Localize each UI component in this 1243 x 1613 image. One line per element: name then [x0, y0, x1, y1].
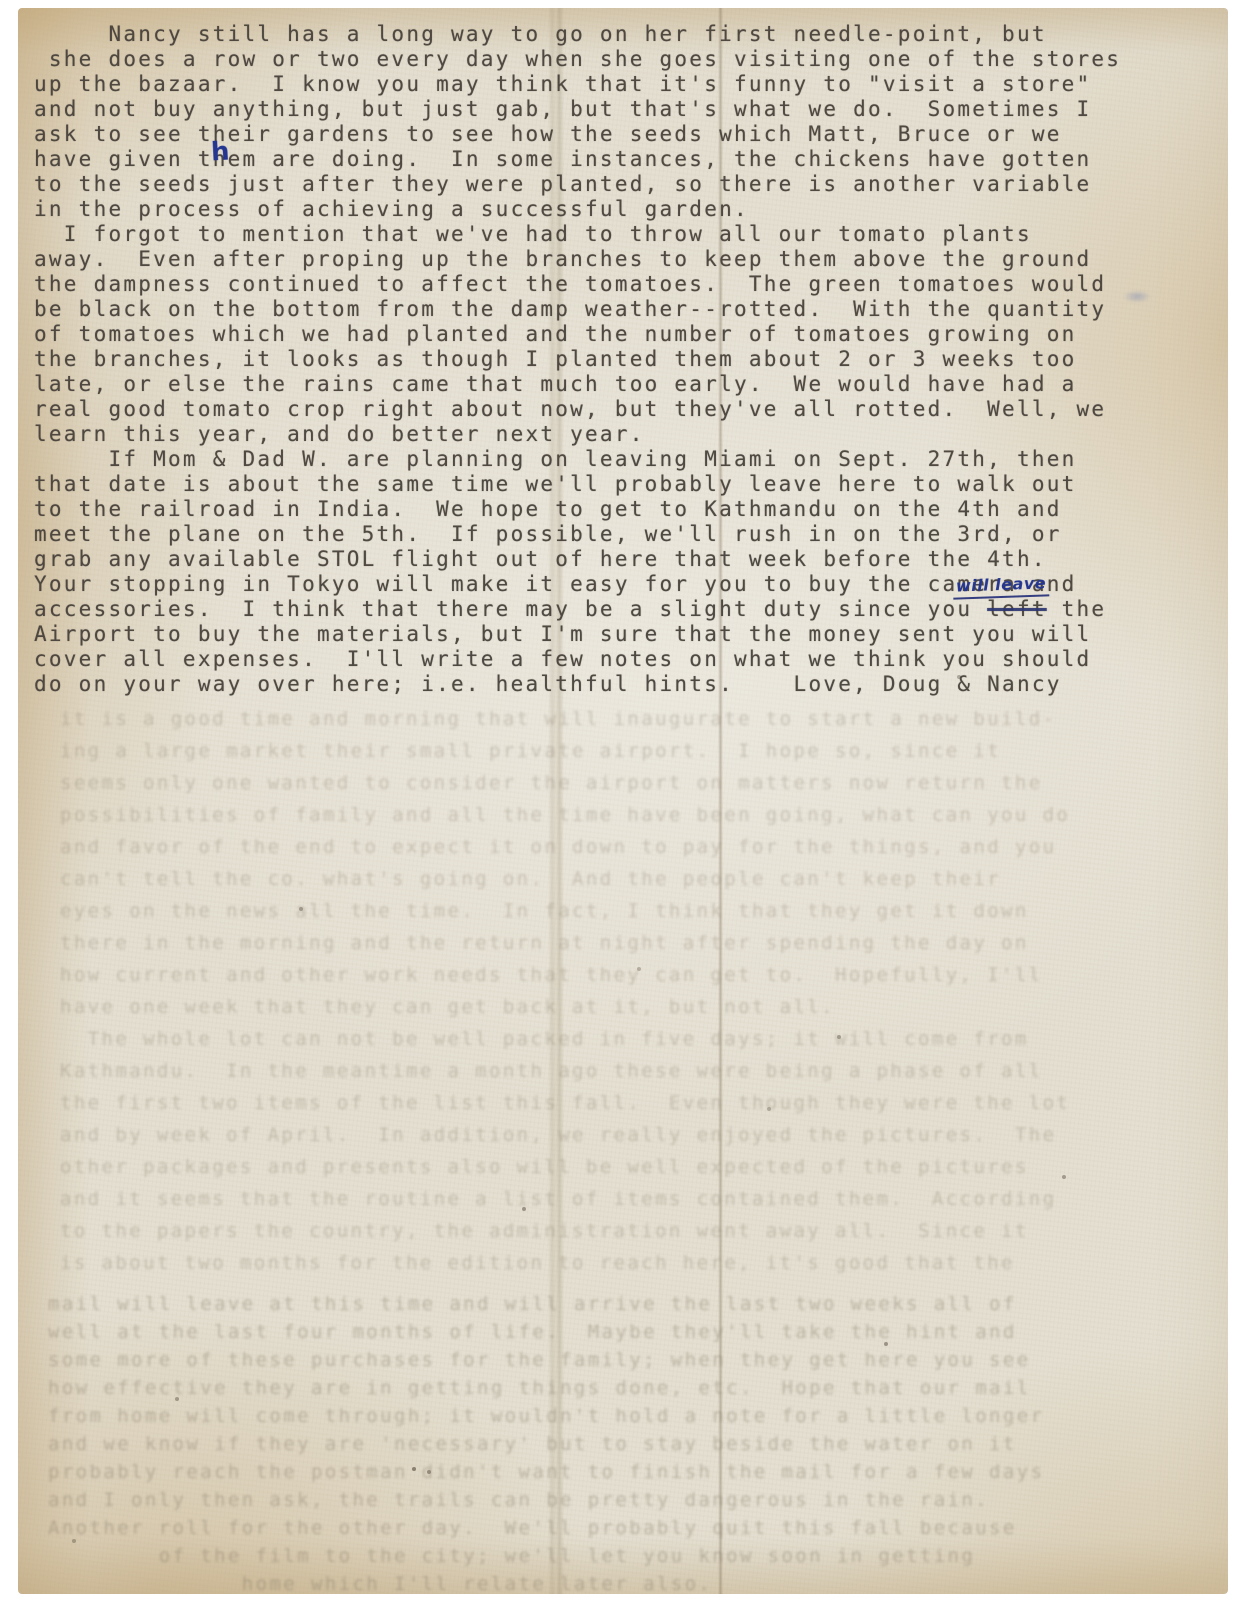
ghost-line: and it seems that the routine a list of …	[60, 1183, 1070, 1215]
ghost-line: probably reach the postman didn't want t…	[48, 1458, 1044, 1486]
letter-line: of tomatoes which we had planted and the…	[34, 322, 1121, 347]
letter-line: in the process of achieving a successful…	[34, 197, 1121, 222]
dust-specks	[18, 8, 20, 10]
struck-word: left	[987, 597, 1047, 621]
letter-line: that date is about the same time we'll p…	[34, 472, 1121, 497]
ghost-line: ing a large market their small private a…	[60, 735, 1070, 767]
letter-line: have given them are doing. In some insta…	[34, 147, 1121, 172]
ghost-line: and we know if they are 'necessary' but …	[48, 1430, 1044, 1458]
letter-paper: it is a good time and morning that will …	[18, 8, 1228, 1594]
ghost-line: possibilities of family and all the time…	[60, 799, 1070, 831]
blue-ink-smudge	[1123, 290, 1151, 303]
ghost-line: The whole lot can not be well packed in …	[60, 1023, 1070, 1055]
letter-line: she does a row or two every day when she…	[34, 47, 1121, 72]
letter-line: up the bazaar. I know you may think that…	[34, 72, 1121, 97]
ghost-line: eyes on the news all the time. In fact, …	[60, 895, 1070, 927]
letter-line: and not buy anything, but just gab, but …	[34, 97, 1121, 122]
ghost-line: other packages and presents also will be…	[60, 1151, 1070, 1183]
letter-line: the branches, it looks as though I plant…	[34, 347, 1121, 372]
ghost-line: Another roll for the other day. We'll pr…	[48, 1514, 1044, 1542]
letter-line: Nancy still has a long way to go on her …	[34, 22, 1121, 47]
ghost-line: from home will come through; it wouldn't…	[48, 1402, 1044, 1430]
ghost-line: how current and other work needs that th…	[60, 959, 1070, 991]
ghost-line: and I only then ask, the trails can be p…	[48, 1486, 1044, 1514]
ghost-line: it is a good time and morning that will …	[60, 703, 1070, 735]
letter-line: to the railroad in India. We hope to get…	[34, 497, 1121, 522]
bleedthrough-ghost-text-upper: it is a good time and morning that will …	[60, 703, 1070, 1279]
letter-line: I forgot to mention that we've had to th…	[34, 222, 1121, 247]
handwritten-will-leave-annotation: will leave	[953, 575, 1050, 599]
letter-line: Airport to buy the materials, but I'm su…	[34, 622, 1121, 647]
ghost-line: home which I'll relate later also.	[48, 1570, 1044, 1598]
letter-line: real good tomato crop right about now, b…	[34, 397, 1121, 422]
ghost-line: Kathmandu. In the meantime a month ago t…	[60, 1055, 1070, 1087]
ghost-line: the first two items of the list this fal…	[60, 1087, 1070, 1119]
ghost-line: is about two months for the edition to r…	[60, 1247, 1070, 1279]
scanned-letter-page: { "document": { "type": "typewritten-let…	[0, 0, 1243, 1613]
bleedthrough-ghost-text-lower: mail will leave at this time and will ar…	[48, 1290, 1044, 1598]
letter-line: do on your way over here; i.e. healthful…	[34, 672, 1121, 697]
ghost-line: well at the last four months of life. Ma…	[48, 1318, 1044, 1346]
letter-line: If Mom & Dad W. are planning on leaving …	[34, 447, 1121, 472]
letter-line: cover all expenses. I'll write a few not…	[34, 647, 1121, 672]
letter-line: away. Even after proping up the branches…	[34, 247, 1121, 272]
ghost-line: some more of these purchases for the fam…	[48, 1346, 1044, 1374]
letter-line: late, or else the rains came that much t…	[34, 372, 1121, 397]
ghost-line: to the papers the country, the administr…	[60, 1215, 1070, 1247]
ghost-line: how effective they are in getting things…	[48, 1374, 1044, 1402]
ghost-line: can't tell the co. what's going on. And …	[60, 863, 1070, 895]
handwritten-h-correction: h	[210, 139, 230, 166]
ghost-line: mail will leave at this time and will ar…	[48, 1290, 1044, 1318]
ghost-line: seems only one wanted to consider the ai…	[60, 767, 1070, 799]
ghost-line: have one week that they can get back at …	[60, 991, 1070, 1023]
letter-line: grab any available STOL flight out of he…	[34, 547, 1121, 572]
ghost-line: and by week of April. In addition, we re…	[60, 1119, 1070, 1151]
letter-line: the dampness continued to affect the tom…	[34, 272, 1121, 297]
letter-line: ask to see their gardens to see how the …	[34, 122, 1121, 147]
letter-line: to the seeds just after they were plante…	[34, 172, 1121, 197]
letter-line: learn this year, and do better next year…	[34, 422, 1121, 447]
ghost-line: of the film to the city; we'll let you k…	[48, 1542, 1044, 1570]
ghost-line: and favor of the end to expect it on dow…	[60, 831, 1070, 863]
ghost-line: there in the morning and the return at n…	[60, 927, 1070, 959]
letter-line: accessories. I think that there may be a…	[34, 597, 1121, 622]
letter-line: be black on the bottom from the damp wea…	[34, 297, 1121, 322]
letter-line: meet the plane on the 5th. If possible, …	[34, 522, 1121, 547]
